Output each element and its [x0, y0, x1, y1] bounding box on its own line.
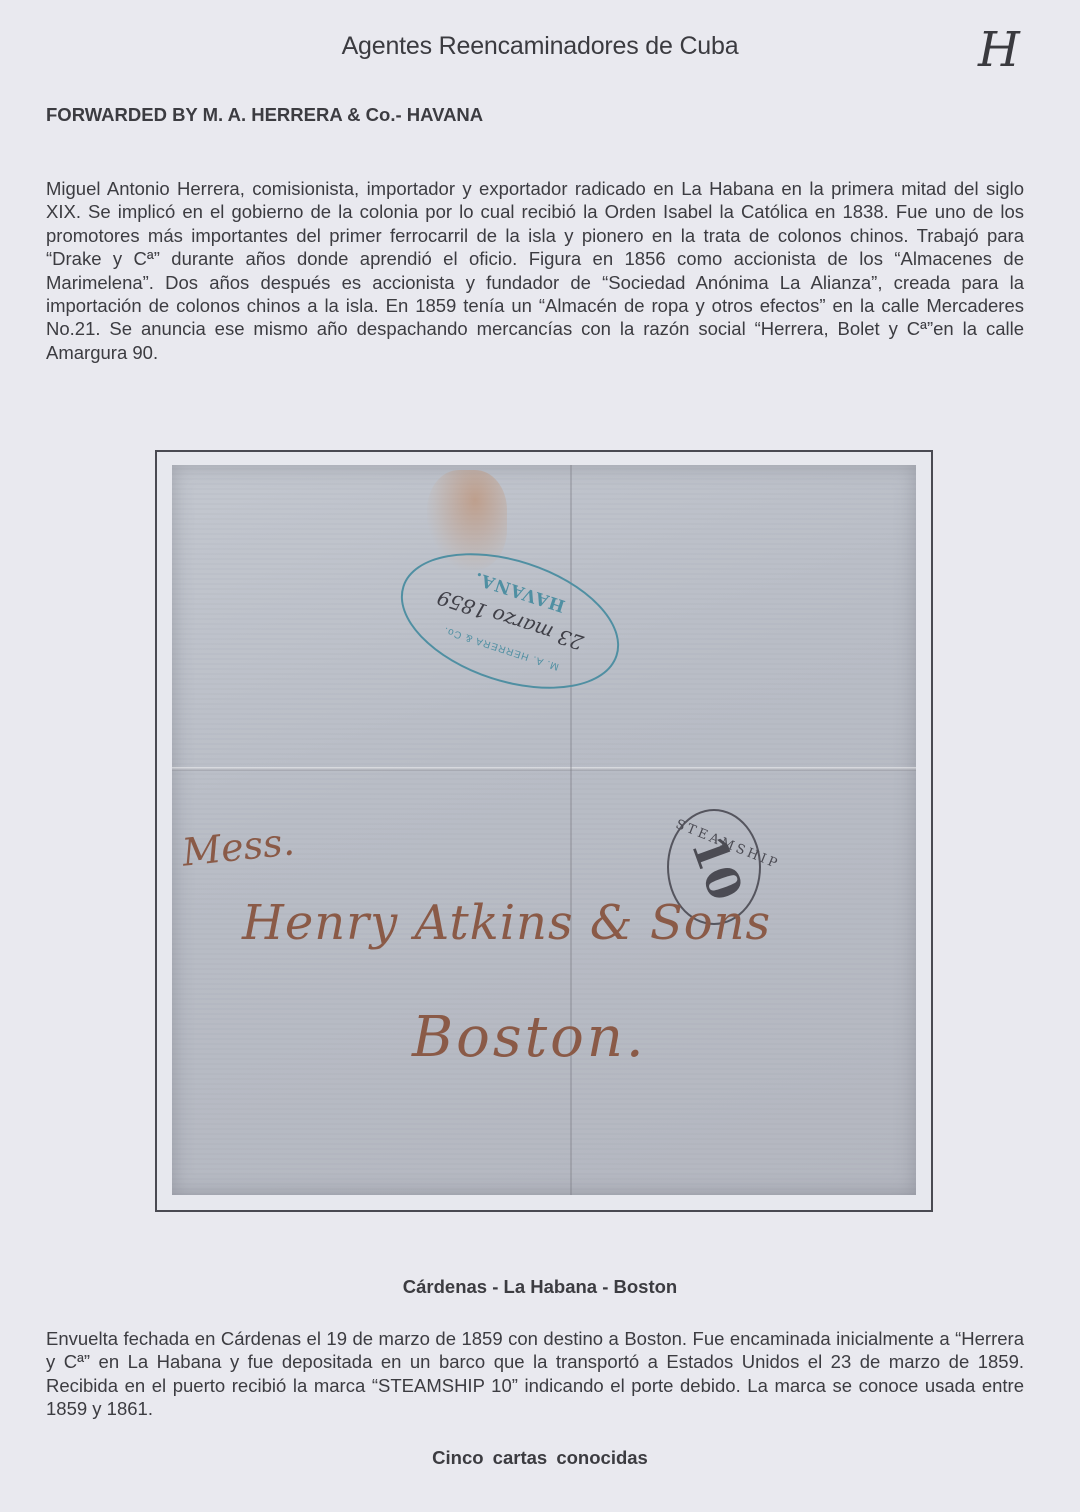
fold-line-vertical: [570, 465, 572, 1195]
address-city: Boston.: [412, 1005, 647, 1070]
postal-cover-image: HAVANA. 23 marzo 1859 M. A. HERRERA & Co…: [172, 465, 916, 1195]
fold-line-horizontal: [172, 767, 916, 771]
cover-description: Envuelta fechada en Cárdenas el 19 de ma…: [46, 1327, 1024, 1421]
address-addressee: Henry Atkins & Sons: [242, 895, 771, 951]
intro-paragraph: Miguel Antonio Herrera, comisionista, im…: [46, 177, 1024, 364]
forwarder-oval-stamp: HAVANA. 23 marzo 1859 M. A. HERRERA & Co…: [384, 528, 637, 714]
page-title: Agentes Reencaminadores de Cuba: [0, 32, 1080, 61]
cover-frame: HAVANA. 23 marzo 1859 M. A. HERRERA & Co…: [155, 450, 933, 1212]
known-count: Cinco cartas conocidas: [0, 1447, 1080, 1469]
section-letter: H: [978, 22, 1020, 78]
section-subtitle: FORWARDED BY M. A. HERRERA & Co.- HAVANA: [46, 104, 483, 126]
address-salutation: Mess.: [180, 819, 296, 875]
route-title: Cárdenas - La Habana - Boston: [0, 1276, 1080, 1298]
